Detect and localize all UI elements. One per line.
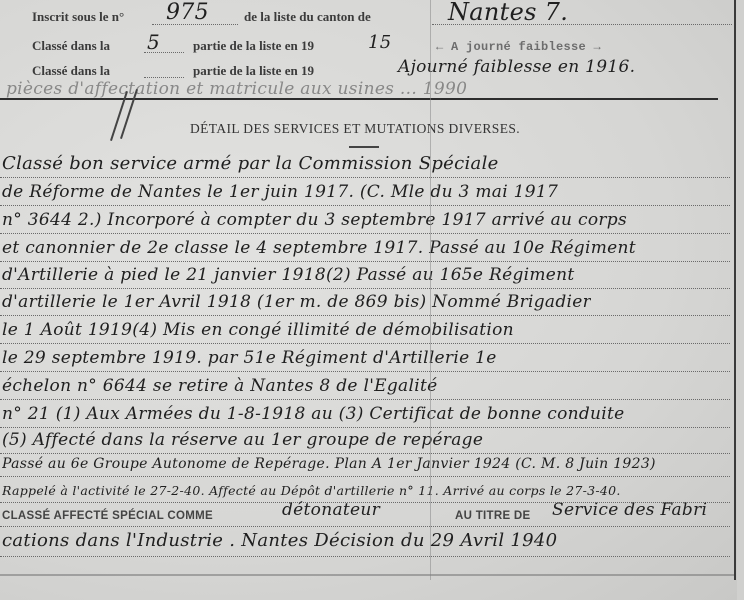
ruled-line — [0, 315, 730, 316]
crossed-note: pièces d'affectation et matricule aux us… — [6, 79, 467, 99]
ruled-line — [0, 177, 730, 178]
service-entry-line: n° 21 (1) Aux Armées du 1-8-1918 au (3) … — [2, 404, 625, 424]
service-entry-line: le 29 septembre 1919. par 51e Régiment d… — [2, 348, 497, 368]
ruled-line — [0, 453, 730, 454]
section-title: DÉTAIL DES SERVICES ET MUTATIONS DIVERSE… — [155, 121, 555, 137]
assigned-special-value: détonateur — [282, 500, 380, 520]
canton-value: Nantes 7. — [448, 0, 568, 26]
assigned-special-label: CLASSÉ AFFECTÉ SPÉCIAL COMME — [2, 510, 213, 522]
ruled-line — [0, 288, 730, 289]
card-edge — [737, 0, 744, 600]
column-divider — [430, 0, 431, 580]
record-card: Inscrit sous le n° 975 de la liste du ca… — [0, 0, 744, 600]
service-entry-line: d'artillerie le 1er Avril 1918 (1er m. d… — [2, 292, 591, 312]
class-part-label-2: Classé dans la — [32, 63, 110, 79]
registration-number: 975 — [166, 0, 209, 25]
service-entry-line: échelon n° 6644 se retire à Nantes 8 de … — [2, 376, 437, 396]
registration-label: Inscrit sous le n° — [32, 9, 124, 25]
adjourned-note: Ajourné faiblesse en 1916. — [398, 57, 635, 77]
service-entry-line: (5) Affecté dans la réserve au 1er group… — [2, 430, 483, 450]
heading-dash — [349, 146, 379, 148]
class-part-label: Classé dans la — [32, 38, 110, 54]
ruled-line — [0, 261, 730, 262]
canton-label: de la liste du canton de — [244, 9, 371, 25]
service-entry-line: et canonnier de 2e classe le 4 septembre… — [2, 238, 636, 258]
ruled-line — [0, 427, 730, 428]
ruled-line — [0, 205, 730, 206]
list-year-label: partie de la liste en 19 — [193, 38, 314, 54]
service-entry-line: le 1 Août 1919(4) Mis en congé illimité … — [2, 320, 514, 340]
class-part-field-line-2 — [144, 77, 184, 78]
service-entry-line: d'Artillerie à pied le 21 janvier 1918(2… — [2, 265, 575, 285]
adjourned-stamp: ← A journé faiblesse → — [436, 40, 601, 54]
class-part-value: 5 — [147, 30, 160, 54]
ruled-line — [0, 233, 730, 234]
ruled-line — [0, 343, 730, 344]
card-border — [734, 0, 736, 580]
footer-dotline-2 — [0, 556, 730, 557]
service-entry-line: Rappelé à l'activité le 27-2-40. Affecté… — [2, 483, 621, 498]
title-value: Service des Fabri — [552, 500, 707, 520]
ruled-line — [0, 371, 730, 372]
service-entry-line: n° 3644 2.) Incorporé à compter du 3 sep… — [2, 210, 627, 230]
ruled-line — [0, 476, 730, 477]
list-year-label-2: partie de la liste en 19 — [193, 63, 314, 79]
service-entry-line: de Réforme de Nantes le 1er juin 1917. (… — [2, 182, 558, 202]
list-year-value: 15 — [368, 32, 392, 53]
ruled-line — [0, 399, 730, 400]
footer-continuation: cations dans l'Industrie . Nantes Décisi… — [2, 530, 557, 551]
footer-dotline — [0, 526, 730, 527]
service-entry-line: Passé au 6e Groupe Autonome de Repérage.… — [2, 456, 656, 472]
title-label: AU TITRE DE — [455, 510, 531, 522]
bottom-rule — [0, 574, 736, 576]
service-entry-line: Classé bon service armé par la Commissio… — [2, 153, 499, 174]
header-rule — [0, 98, 718, 100]
